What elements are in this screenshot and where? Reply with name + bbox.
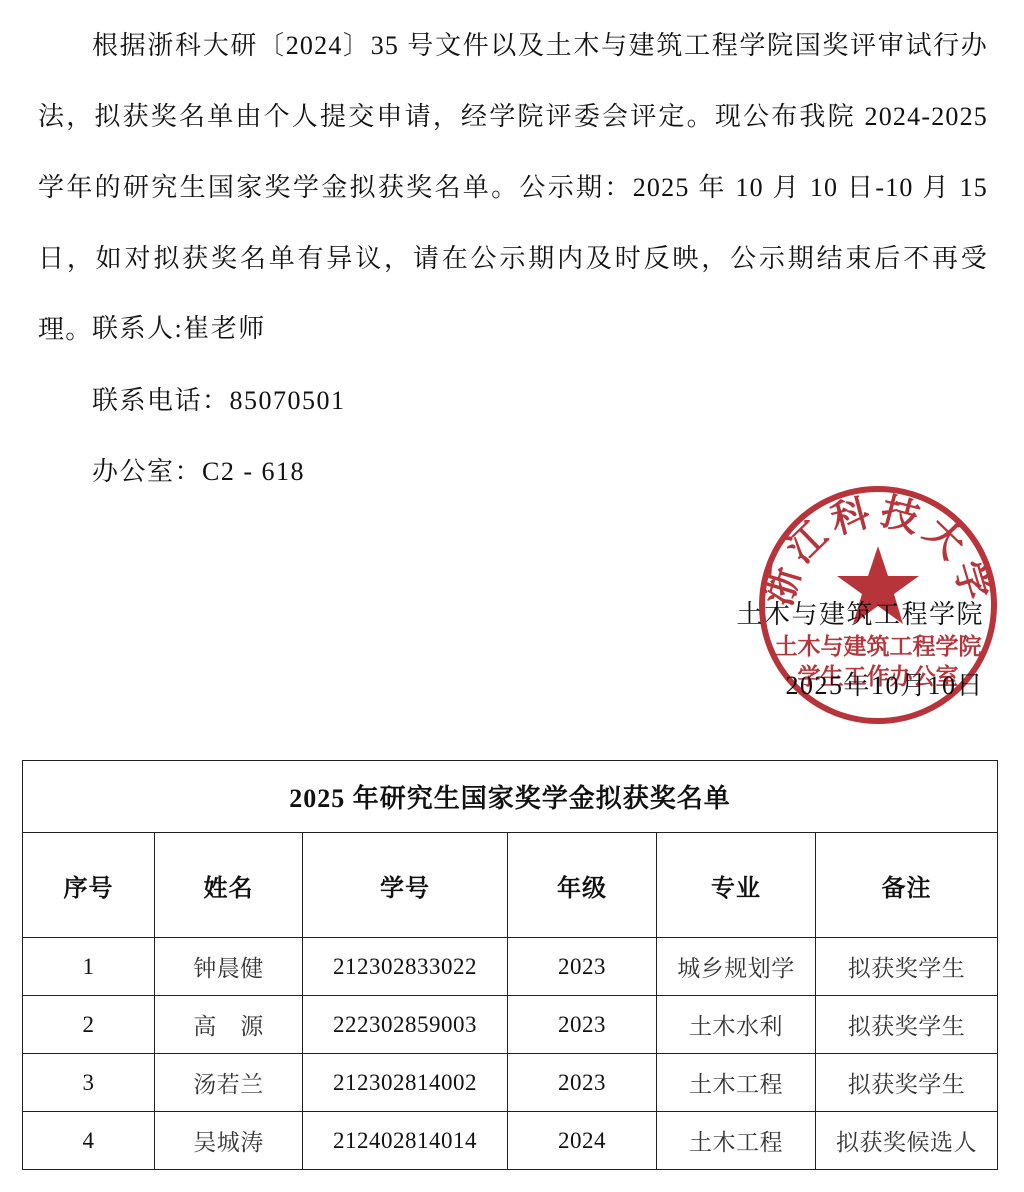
seal-inner-line2: 学生工作办公室 <box>798 663 959 690</box>
header-grade: 年级 <box>508 833 657 938</box>
cell-grade: 2023 <box>508 938 657 996</box>
cell-name: 高 源 <box>155 996 303 1054</box>
cell-grade: 2023 <box>508 996 657 1054</box>
seal-inner-line1: 土木与建筑工程学院 <box>775 633 982 660</box>
cell-student-id: 212402814014 <box>303 1112 508 1170</box>
header-student-id: 学号 <box>303 833 508 938</box>
cell-name: 汤若兰 <box>155 1054 303 1112</box>
contact-phone: 联系电话：85070501 <box>92 380 346 417</box>
office-location: 办公室：C2 - 618 <box>92 451 305 488</box>
header-major: 专业 <box>657 833 816 938</box>
cell-remark: 拟获奖学生 <box>816 1054 998 1112</box>
scholarship-table: 2025 年研究生国家奖学金拟获奖名单 序号 姓名 学号 年级 专业 备注 1 … <box>22 760 998 1170</box>
cell-no: 3 <box>23 1054 155 1112</box>
star-icon <box>837 546 919 624</box>
header-name: 姓名 <box>155 833 303 938</box>
cell-no: 1 <box>23 938 155 996</box>
cell-name: 吴城涛 <box>155 1112 303 1170</box>
official-seal: 浙江科技大学 土木与建筑工程学院 学生工作办公室 <box>757 484 999 726</box>
cell-name: 钟晨健 <box>155 938 303 996</box>
table-row: 4 吴城涛 212402814014 2024 土木工程 拟获奖候选人 <box>23 1112 998 1170</box>
cell-major: 城乡规划学 <box>657 938 816 996</box>
cell-student-id: 222302859003 <box>303 996 508 1054</box>
table-header-row: 序号 姓名 学号 年级 专业 备注 <box>23 833 998 938</box>
cell-major: 土木工程 <box>657 1112 816 1170</box>
cell-grade: 2023 <box>508 1054 657 1112</box>
contact-person: 联系人:崔老师 <box>92 308 266 345</box>
cell-remark: 拟获奖候选人 <box>816 1112 998 1170</box>
table-row: 2 高 源 222302859003 2023 土木水利 拟获奖学生 <box>23 996 998 1054</box>
table-row: 1 钟晨健 212302833022 2023 城乡规划学 拟获奖学生 <box>23 938 998 996</box>
cell-grade: 2024 <box>508 1112 657 1170</box>
cell-student-id: 212302814002 <box>303 1054 508 1112</box>
table-title: 2025 年研究生国家奖学金拟获奖名单 <box>23 761 998 833</box>
table-row: 3 汤若兰 212302814002 2023 土木工程 拟获奖学生 <box>23 1054 998 1112</box>
cell-student-id: 212302833022 <box>303 938 508 996</box>
cell-remark: 拟获奖学生 <box>816 996 998 1054</box>
cell-major: 土木工程 <box>657 1054 816 1112</box>
cell-major: 土木水利 <box>657 996 816 1054</box>
cell-no: 4 <box>23 1112 155 1170</box>
header-no: 序号 <box>23 833 155 938</box>
cell-remark: 拟获奖学生 <box>816 938 998 996</box>
header-remark: 备注 <box>816 833 998 938</box>
cell-no: 2 <box>23 996 155 1054</box>
